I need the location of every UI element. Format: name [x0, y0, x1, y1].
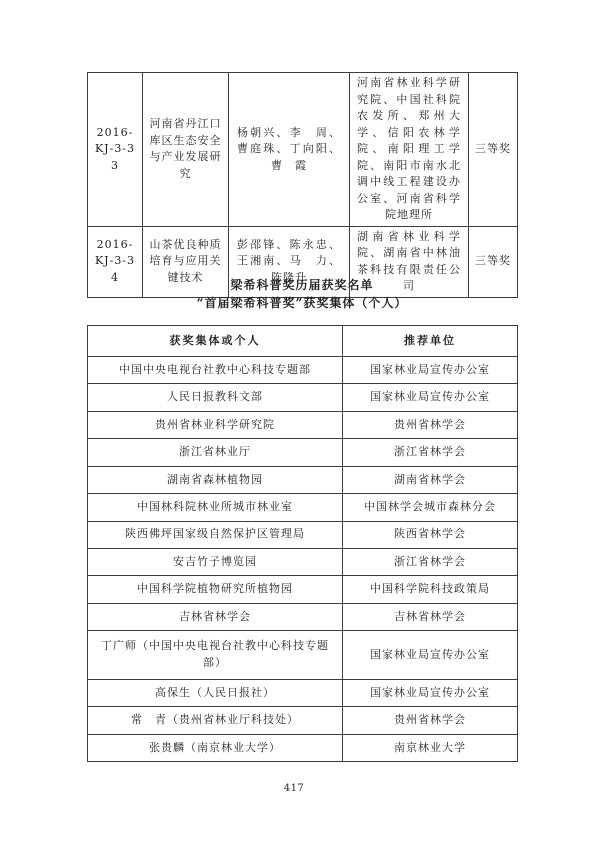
table-row: 贵州省林业科学研究院 贵州省林学会 — [88, 411, 518, 438]
cell-awardee: 人民日报教科文部 — [88, 384, 343, 411]
cell-awardee: 高保生（人民日报社） — [88, 679, 343, 706]
cell-awardee: 湖南省森林植物园 — [88, 466, 343, 493]
cell-recommender: 国家林业局宣传办公室 — [343, 631, 518, 679]
cell-awardee: 中国科学院植物研究所植物园 — [88, 576, 343, 603]
table-row: 丁广师（中国中央电视台社教中心科技专题部） 国家林业局宣传办公室 — [88, 631, 518, 679]
cell-recommender: 浙江省林学会 — [343, 439, 518, 466]
awards-table: 获奖集体或个人 推荐单位 中国中央电视台社教中心科技专题部 国家林业局宣传办公室… — [87, 325, 518, 762]
cell-recommender: 陕西省林学会 — [343, 521, 518, 548]
table-row: 安吉竹子博览园 浙江省林学会 — [88, 548, 518, 575]
cell-awardee: 丁广师（中国中央电视台社教中心科技专题部） — [88, 631, 343, 679]
cell-awardee: 陕西佛坪国家级自然保护区管理局 — [88, 521, 343, 548]
cell-recommender: 国家林业局宣传办公室 — [343, 357, 518, 384]
cell-recommender: 贵州省林学会 — [343, 411, 518, 438]
cell-recommender: 浙江省林学会 — [343, 548, 518, 575]
cell-project-name: 河南省丹江口库区生态安全与产业发展研究 — [143, 73, 229, 227]
table-row: 陕西佛坪国家级自然保护区管理局 陕西省林学会 — [88, 521, 518, 548]
table-row: 湖南省森林植物园 湖南省林学会 — [88, 466, 518, 493]
cell-recommender: 中国林学会城市森林分会 — [343, 494, 518, 521]
cell-awardee: 张贵麟（南京林业大学） — [88, 734, 343, 761]
cell-awardee: 中国林科院林业所城市林业室 — [88, 494, 343, 521]
table-row: 人民日报教科文部 国家林业局宣传办公室 — [88, 384, 518, 411]
continuation-table: 2016-KJ-3-33 河南省丹江口库区生态安全与产业发展研究 杨朝兴、李 周… — [87, 72, 518, 298]
table-row: 高保生（人民日报社） 国家林业局宣传办公室 — [88, 679, 518, 706]
section-title-block: 梁希科普奖历届获奖名单 “首届梁希科普奖”获奖集体（个人） — [87, 276, 517, 312]
column-header-awardee: 获奖集体或个人 — [88, 326, 343, 357]
cell-recommender: 吉林省林学会 — [343, 603, 518, 630]
cell-awardee: 浙江省林业厅 — [88, 439, 343, 466]
table-header-row: 获奖集体或个人 推荐单位 — [88, 326, 518, 357]
cell-project-id: 2016-KJ-3-33 — [88, 73, 143, 227]
cell-recommender: 国家林业局宣传办公室 — [343, 679, 518, 706]
table-row: 常 青（贵州省林业厅科技处） 贵州省林学会 — [88, 707, 518, 734]
table-row: 中国科学院植物研究所植物园 中国科学院科技政策局 — [88, 576, 518, 603]
table-row: 中国林科院林业所城市林业室 中国林学会城市森林分会 — [88, 494, 518, 521]
table-row: 吉林省林学会 吉林省林学会 — [88, 603, 518, 630]
table-row: 张贵麟（南京林业大学） 南京林业大学 — [88, 734, 518, 761]
cell-awardees: 杨朝兴、李 周、曹庭珠、丁向阳、曹 霞 — [229, 73, 350, 227]
table-row: 2016-KJ-3-33 河南省丹江口库区生态安全与产业发展研究 杨朝兴、李 周… — [88, 73, 518, 227]
cell-recommender: 湖南省林学会 — [343, 466, 518, 493]
cell-recommender: 南京林业大学 — [343, 734, 518, 761]
cell-awardee: 吉林省林学会 — [88, 603, 343, 630]
doc-title: 梁希科普奖历届获奖名单 — [87, 276, 517, 294]
cell-recommender: 贵州省林学会 — [343, 707, 518, 734]
cell-award-level: 三等奖 — [469, 73, 518, 227]
cell-awardee: 贵州省林业科学研究院 — [88, 411, 343, 438]
table-row: 浙江省林业厅 浙江省林学会 — [88, 439, 518, 466]
cell-recommender: 国家林业局宣传办公室 — [343, 384, 518, 411]
cell-awardee: 中国中央电视台社教中心科技专题部 — [88, 357, 343, 384]
cell-recommender: 中国科学院科技政策局 — [343, 576, 518, 603]
column-header-recommender: 推荐单位 — [343, 326, 518, 357]
document-page: 2016-KJ-3-33 河南省丹江口库区生态安全与产业发展研究 杨朝兴、李 周… — [0, 0, 600, 848]
table-row: 中国中央电视台社教中心科技专题部 国家林业局宣传办公室 — [88, 357, 518, 384]
cell-awardee: 常 青（贵州省林业厅科技处） — [88, 707, 343, 734]
cell-awardee: 安吉竹子博览园 — [88, 548, 343, 575]
cell-organizations: 河南省林业科学研究院、中国社科院农发所、郑州大学、信阳农林学院、南阳理工学院、南… — [350, 73, 469, 227]
page-number: 417 — [0, 783, 588, 794]
doc-subtitle: “首届梁希科普奖”获奖集体（个人） — [87, 294, 517, 312]
